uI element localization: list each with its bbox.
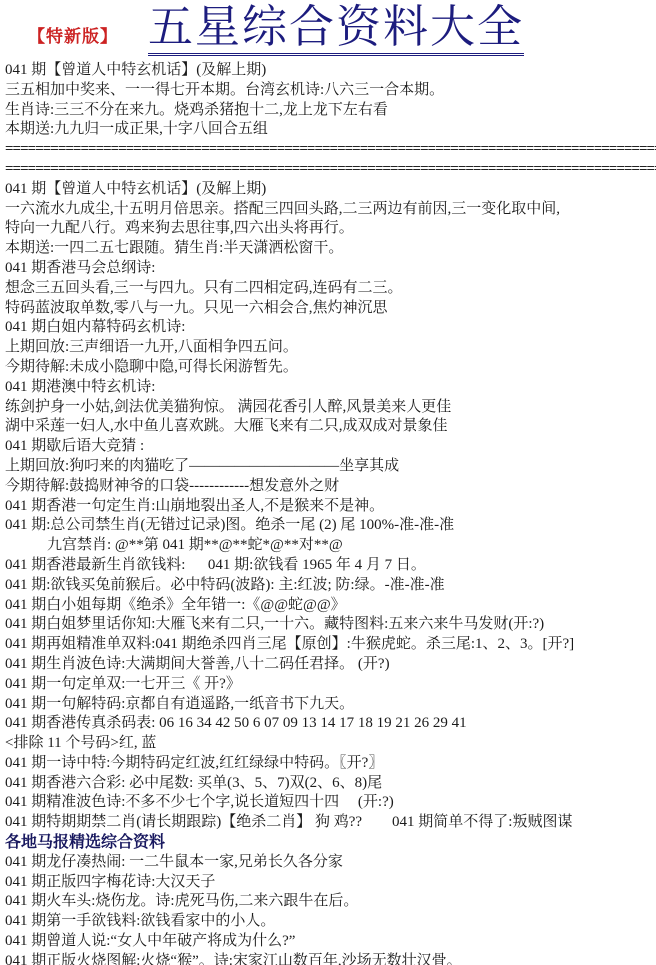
text-line: 三五相加中奖来、一一得七开本期。台湾玄机诗:八六三一合本期。: [5, 81, 656, 101]
text-line: 生肖诗:三三不分在来九。烧鸡杀猪抱十二,龙上龙下左右看: [5, 101, 656, 121]
section-heading: 各地马报精选综合资料: [5, 833, 656, 853]
text-line: <排除 11 个号码>红, 蓝: [5, 734, 656, 754]
text-line: 练剑护身一小姑,剑法优美猫狗惊。 满园花香引人醉,风景美来人更佳: [5, 398, 656, 418]
text-line: 特向一九配八行。鸡来狗去思往事,四六出头将再行。: [5, 219, 656, 239]
text-line: 特码蓝波取单数,零八与一九。只见一六相会合,焦灼神沉思: [5, 299, 656, 319]
text-line: 九宫禁肖: @**第 041 期**@**蛇*@**对**@: [5, 536, 656, 556]
text-line: 041 期:欲钱买兔前猴后。必中特码(波路): 主:红波; 防:绿。-准-准-准: [5, 576, 656, 596]
text-line: 041 期港澳中特玄机诗:: [5, 378, 656, 398]
text-line: 041 期生肖波色诗:大满期间大誉善,八十二码任君择。 (开?): [5, 655, 656, 675]
text-line: 041 期特期期禁二肖(请长期跟踪)【绝杀二肖】 狗 鸡?? 041 期简单不得…: [5, 813, 656, 833]
text-line: 041 期龙仔凑热闹: 一二牛鼠本一家,兄弟长久各分家: [5, 853, 656, 873]
page-title: 五星综合资料大全: [148, 2, 524, 56]
text-line: 041 期一句定单双:一七开三《 开?》: [5, 675, 656, 695]
text-line: 041 期白小姐每期《绝杀》全年错一:《@@蛇@@》: [5, 596, 656, 616]
content-lines: 041 期【曾道人中特玄机话】(及解上期)三五相加中奖来、一一得七开本期。台湾玄…: [0, 58, 656, 965]
text-line: 041 期【曾道人中特玄机话】(及解上期): [5, 180, 656, 200]
text-line: 041 期正版四字梅花诗:大汉天子: [5, 873, 656, 893]
text-line: 今期待解:鼓捣财神爷的口袋------------想发意外之财: [5, 477, 656, 497]
text-line: 041 期火车头:烧伤龙。诗:虎死马伤,二来六跟牛在后。: [5, 892, 656, 912]
text-line: 今期待解:未成小隐聊中隐,可得长闲游暂先。: [5, 358, 656, 378]
page-header: 【特新版】 五星综合资料大全: [0, 0, 656, 58]
text-line: 041 期第一手欲钱料:欲钱看家中的小人。: [5, 912, 656, 932]
text-line: 041 期精准波色诗:不多不少七个字,说长道短四十四 (开:?): [5, 793, 656, 813]
text-line: 041 期香港马会总纲诗:: [5, 259, 656, 279]
text-line: 041 期歇后语大竞猜 :: [5, 437, 656, 457]
text-line: 041 期:总公司禁生肖(无错过记录)图。绝杀一尾 (2) 尾 100%-准-准…: [5, 516, 656, 536]
text-line: 上期回放:狗叼来的肉猫吃了——————————坐享其成: [5, 457, 656, 477]
text-line: 041 期香港一句定生肖:山崩地裂出圣人,不是猴来不是神。: [5, 497, 656, 517]
lottery-info-page: 【特新版】 五星综合资料大全 041 期【曾道人中特玄机话】(及解上期)三五相加…: [0, 0, 656, 965]
text-line: 041 期正版火烧图解:火烧“猴”。诗:宋家江山数百年,沙场无数壮汉骨。: [5, 952, 656, 965]
text-line: 041 期【曾道人中特玄机话】(及解上期): [5, 61, 656, 81]
text-line: 041 期再姐精准单双料:041 期绝杀四肖三尾【原创】:牛猴虎蛇。杀三尾:1、…: [5, 635, 656, 655]
text-line: 041 期曾道人说:“女人中年破产将成为什么?”: [5, 932, 656, 952]
text-line: 041 期香港最新生肖欲钱料: 041 期:欲钱看 1965 年 4 月 7 日…: [5, 556, 656, 576]
text-line: 041 期一句解特码:京都自有逍遥路,一纸音书下九天。: [5, 695, 656, 715]
text-line: 041 期香港传真杀码表: 06 16 34 42 50 6 07 09 13 …: [5, 714, 656, 734]
text-line: 上期回放:三声细语一九开,八面相争四五问。: [5, 338, 656, 358]
edition-badge: 【特新版】: [28, 22, 118, 47]
text-line: 041 期香港六合彩: 必中尾数: 买单(3、5、7)双(2、6、8)尾: [5, 774, 656, 794]
separator-line: ========================================…: [5, 160, 656, 180]
text-line: 本期送:九九归一成正果,十字八回合五组: [5, 120, 656, 140]
text-line: 想念三五回头看,三一与四九。只有二四相定码,连码有二三。: [5, 279, 656, 299]
text-line: 湖中采莲一妇人,水中鱼儿喜欢跳。大雁飞来有二只,成双成对景象佳: [5, 417, 656, 437]
text-line: 本期送:一四二五七跟随。猜生肖:半天潇洒松窗干。: [5, 239, 656, 259]
text-line: 041 期白姐内幕特码玄机诗:: [5, 318, 656, 338]
separator-line: ========================================…: [5, 140, 656, 160]
text-line: 041 期白姐梦里话你知:大雁飞来有二只,一十六。藏特图料:五来六来牛马发财(开…: [5, 615, 656, 635]
text-line: 041 期一诗中特:今期特码定红波,红红绿绿中特码。〖开?〗: [5, 754, 656, 774]
text-line: 一六流水九成尘,十五明月倍思亲。搭配三四回头路,二三两边有前因,三一变化取中间,: [5, 200, 656, 220]
